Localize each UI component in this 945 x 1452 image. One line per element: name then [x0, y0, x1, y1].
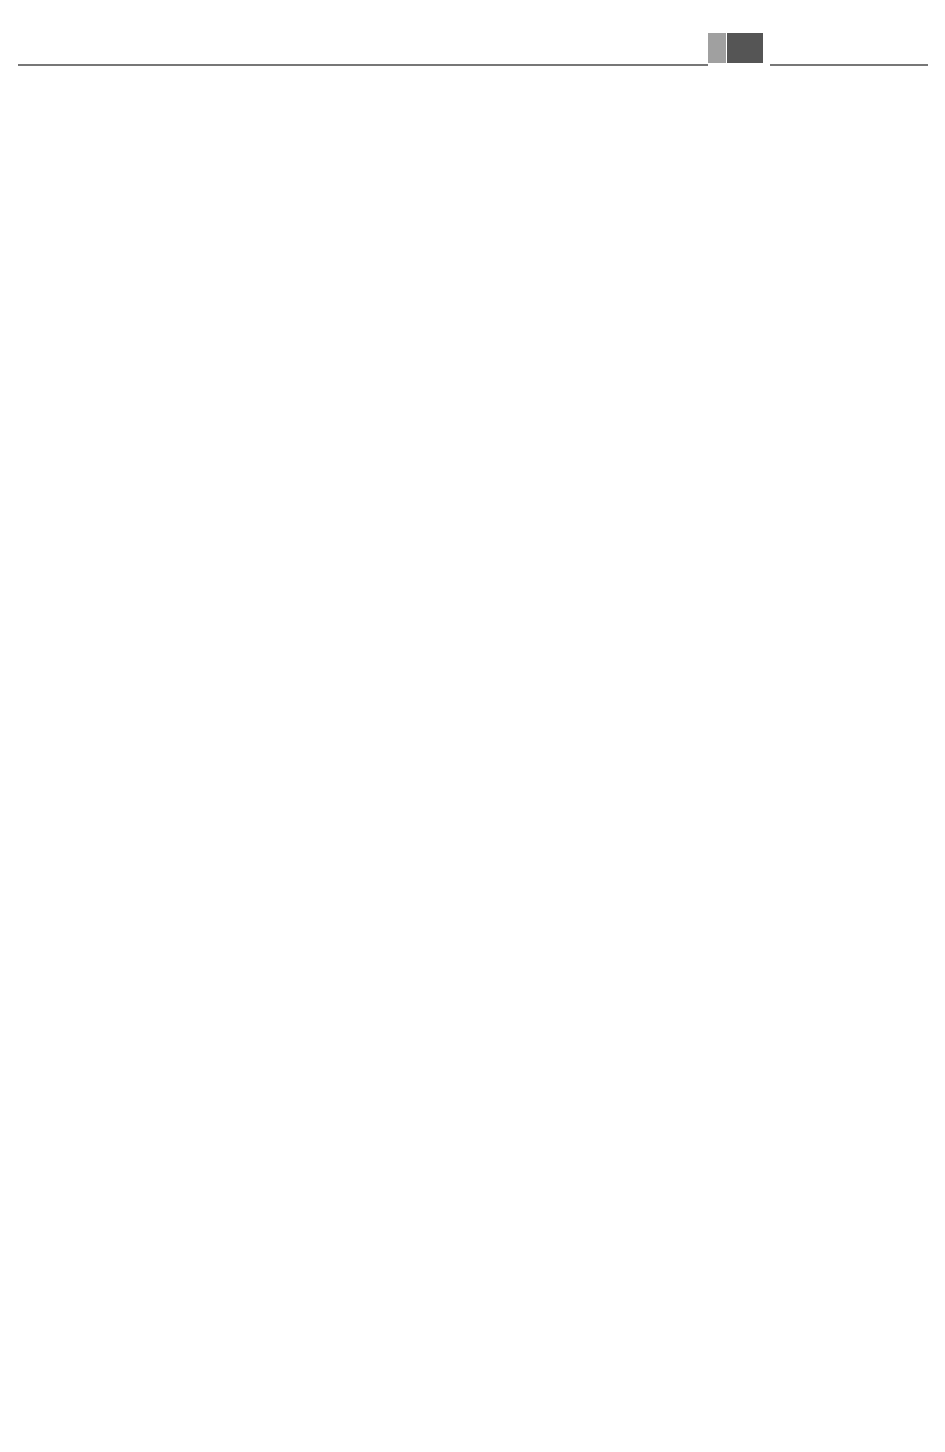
- masthead: [0, 0, 945, 62]
- page-number: [727, 33, 763, 63]
- masthead-rule-right: [770, 64, 928, 66]
- column-2: [322, 72, 472, 1242]
- page-label: [708, 33, 726, 63]
- article-russia-rebellion: [18, 1157, 316, 1245]
- masthead-rule: [18, 64, 708, 66]
- article-gk-shamim: [18, 72, 316, 1242]
